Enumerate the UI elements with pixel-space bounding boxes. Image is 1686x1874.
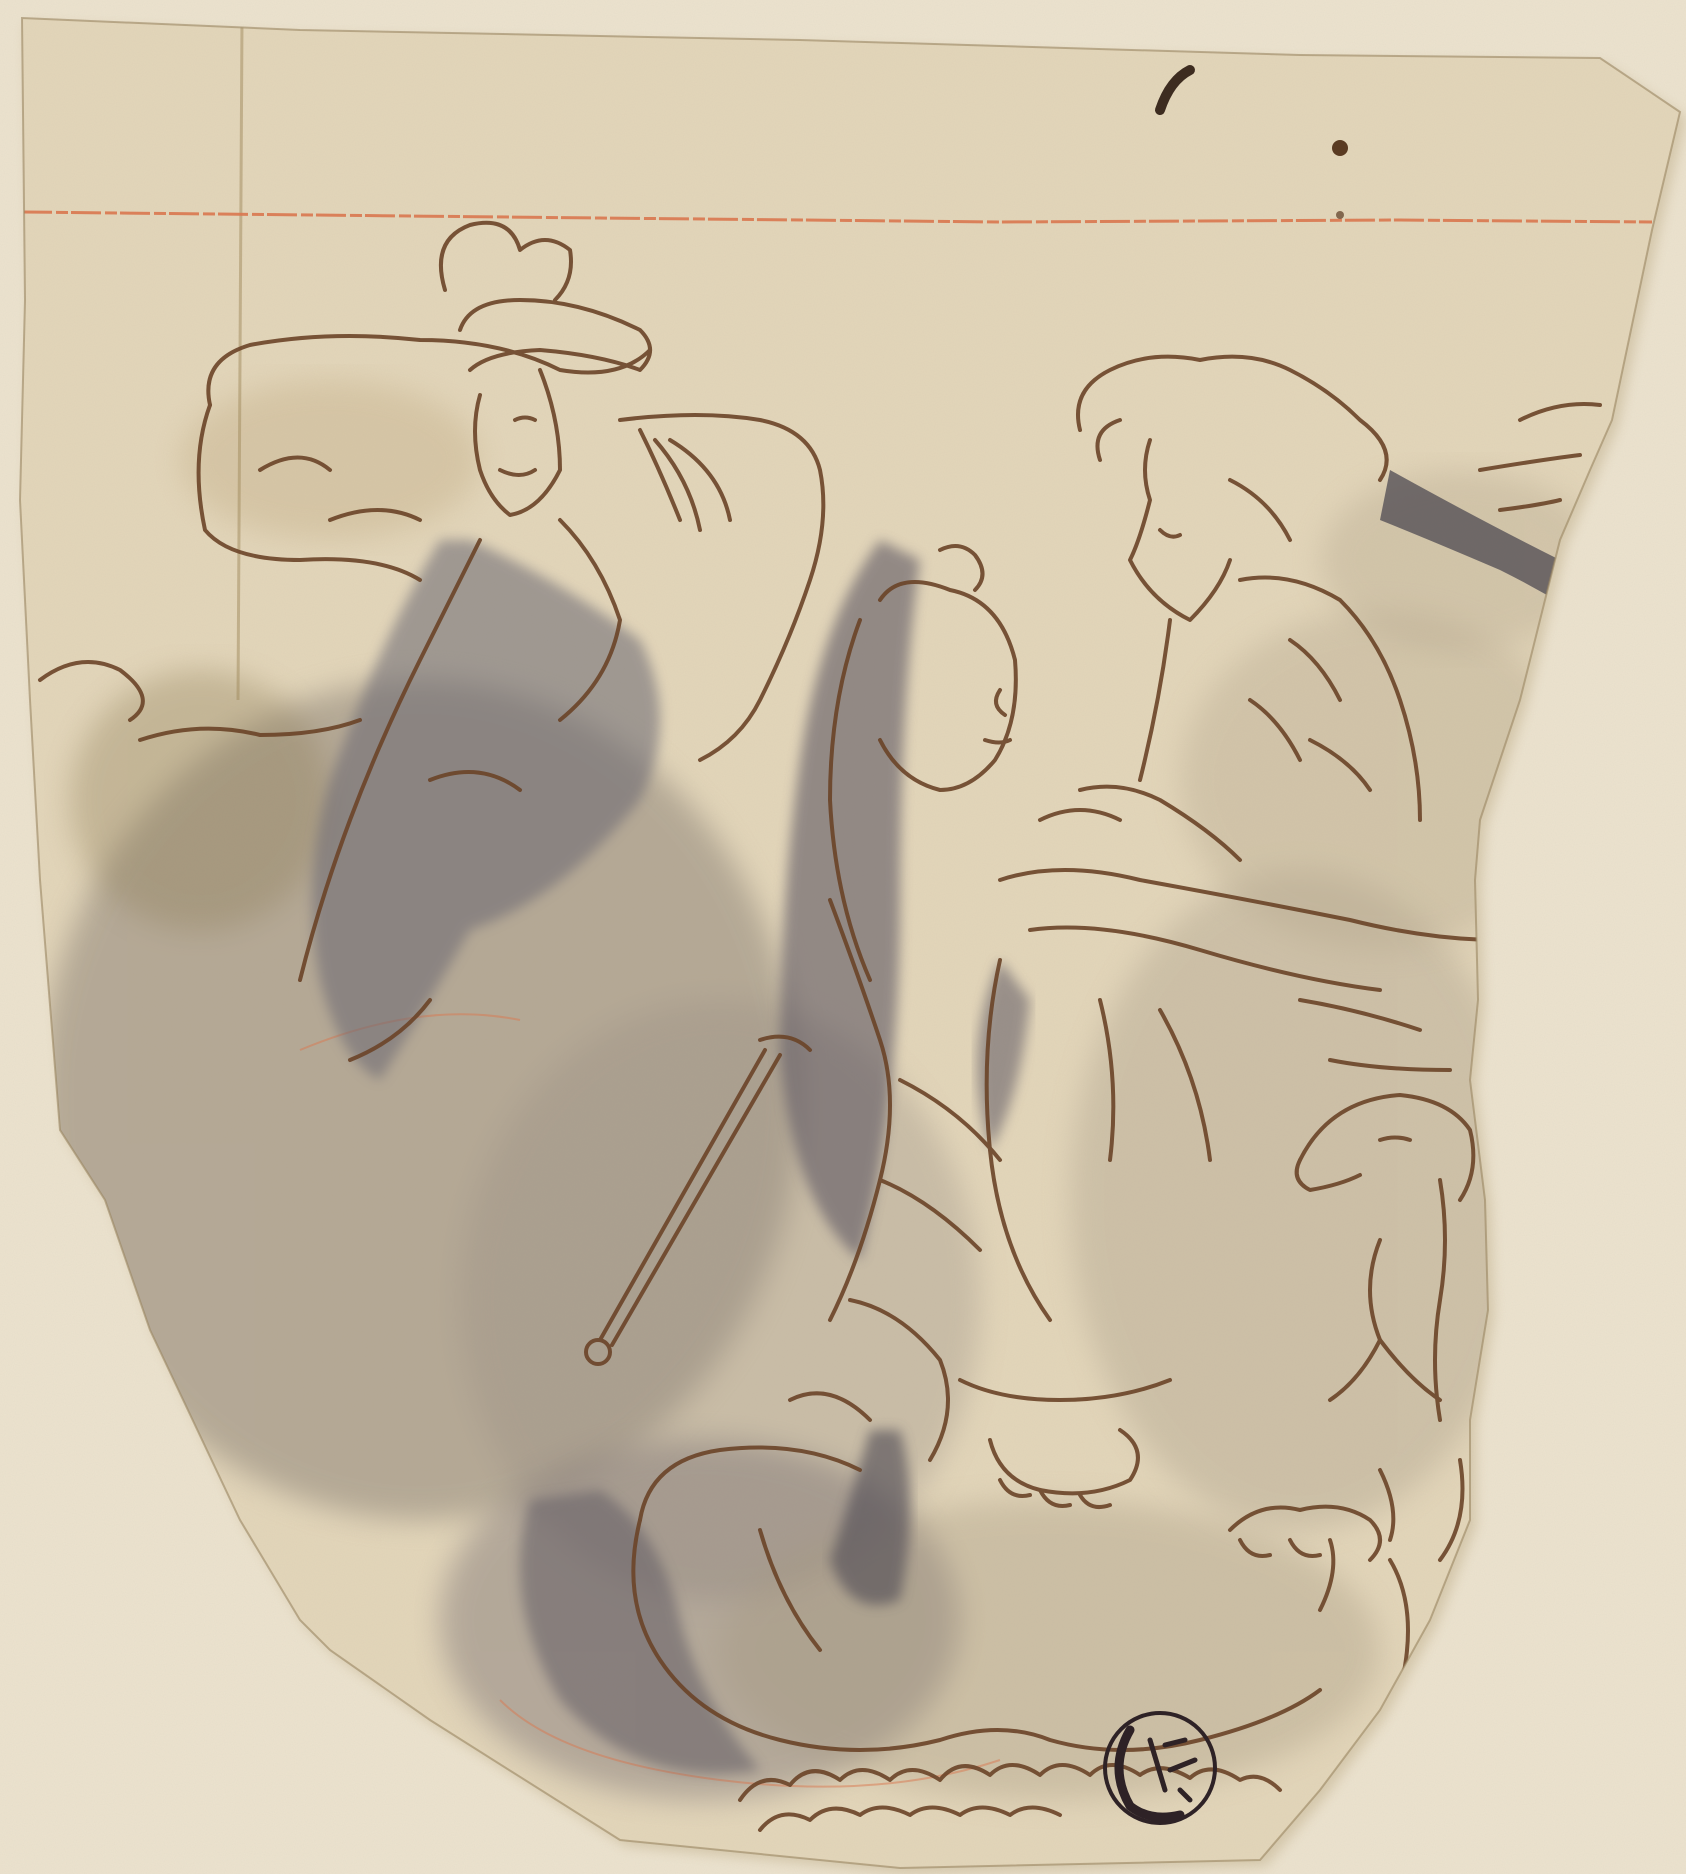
drawing-canvas xyxy=(0,0,1686,1874)
drawing-artwork: Pen and brown ink drawing with grey wash… xyxy=(0,0,1686,1874)
